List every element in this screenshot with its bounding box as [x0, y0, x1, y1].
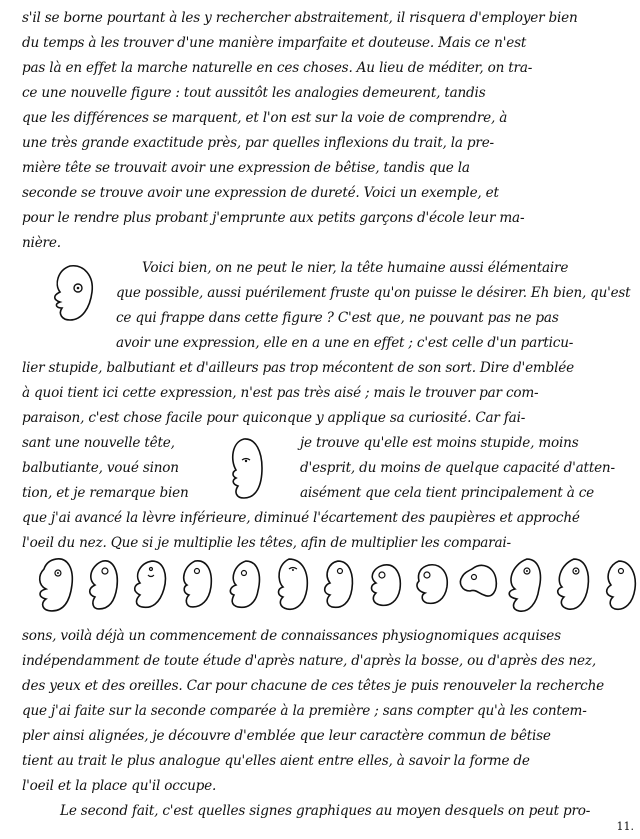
text-line: que j'ai faite sur la seconde comparée à…	[22, 705, 587, 719]
text-line: pas là en effet la marche naturelle en c…	[22, 62, 532, 76]
text-line: Le second fait, c'est quelles signes gra…	[60, 805, 590, 819]
text-line: l'oeil du nez. Que si je multiplie les t…	[22, 537, 511, 551]
face-icon	[30, 555, 77, 617]
face-icon	[124, 555, 171, 617]
profile-face-icon	[40, 262, 100, 324]
text-line: Voici bien, on ne peut le nier, la tête …	[142, 262, 568, 276]
text-line: à quoi tient ici cette expression, n'est…	[22, 387, 538, 401]
text-line: tient au trait le plus analogue qu'elles…	[22, 755, 530, 769]
face-drawing-large	[40, 262, 100, 324]
text-line: balbutiante, voué sinon	[22, 462, 179, 476]
text-line: lier stupide, balbutiant et d'ailleurs p…	[22, 362, 574, 376]
face-icon	[265, 555, 312, 617]
text-line: je trouve qu'elle est moins stupide, moi…	[300, 437, 579, 451]
face-icon	[405, 555, 452, 617]
face-icon	[218, 555, 265, 617]
text-line: que j'ai avancé la lèvre inférieure, dim…	[22, 512, 580, 526]
text-line: ce qui frappe dans cette figure ? C'est …	[116, 312, 559, 326]
text-line: l'oeil et la place qu'il occupe.	[22, 780, 216, 794]
text-line: nière.	[22, 237, 61, 251]
face-icon	[358, 555, 405, 617]
text-line: avoir une expression, elle en a une en e…	[116, 337, 573, 351]
face-icon	[546, 555, 593, 617]
text-line: sant une nouvelle tête,	[22, 437, 175, 451]
text-line: mière tête se trouvait avoir une express…	[22, 162, 470, 176]
face-icon	[499, 555, 546, 617]
face-icon	[452, 555, 499, 617]
text-line: paraison, c'est chose facile pour quicon…	[22, 412, 525, 426]
face-icon	[593, 555, 640, 617]
face-icon	[77, 555, 124, 617]
face-row-figure	[30, 555, 640, 617]
text-line: ce une nouvelle figure : tout aussitôt l…	[22, 87, 485, 101]
text-line: sons, voilà déjà un commencement de conn…	[22, 630, 561, 644]
page-number: 11.	[617, 820, 635, 833]
text-line: pler ainsi alignées, je découvre d'emblé…	[22, 730, 551, 744]
text-line: une très grande exactitude près, par que…	[22, 137, 494, 151]
text-line: tion, et je remarque bien	[22, 487, 189, 501]
face-icon	[312, 555, 359, 617]
text-line: des yeux et des oreilles. Car pour chacu…	[22, 680, 604, 694]
face-drawing-second	[222, 436, 266, 502]
text-line: seconde se trouve avoir une expression d…	[22, 187, 499, 201]
text-line: pour le rendre plus probant j'emprunte a…	[22, 212, 524, 226]
text-line: que possible, aussi puérilement fruste q…	[116, 287, 630, 301]
text-line: d'esprit, du moins de quelque capacité d…	[300, 462, 615, 476]
face-icon	[171, 555, 218, 617]
text-line: s'il se borne pourtant à les y recherche…	[22, 12, 578, 26]
text-line: du temps à les trouver d'une manière imp…	[22, 37, 526, 51]
text-line: aisément que cela tient principalement à…	[300, 487, 594, 501]
profile-face-icon	[222, 436, 266, 502]
text-line: indépendamment de toute étude d'après na…	[22, 655, 596, 669]
text-line: que les différences se marquent, et l'on…	[22, 112, 507, 126]
